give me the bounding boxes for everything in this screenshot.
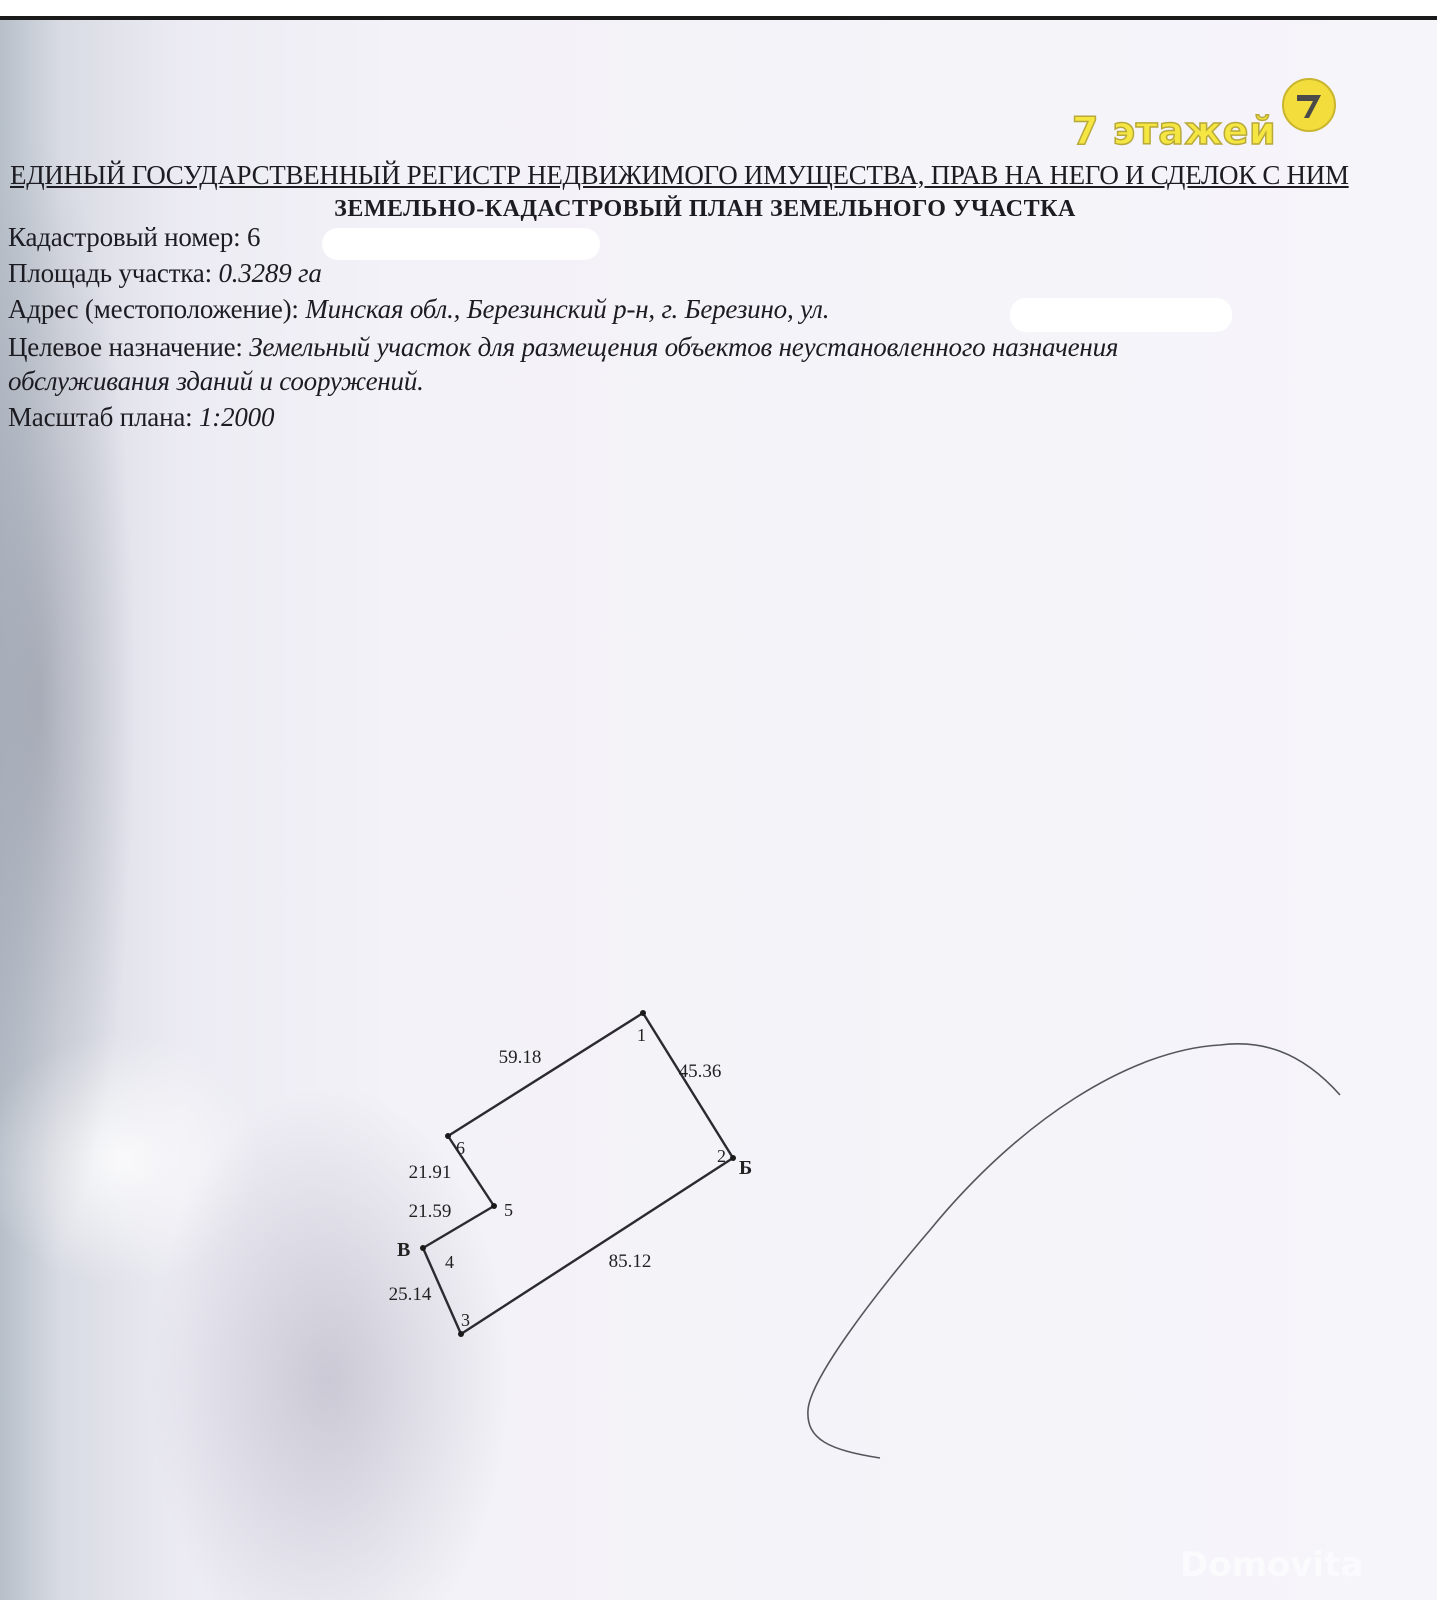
vertex-number-label: 2 xyxy=(717,1146,726,1166)
segment-length-label: 85.12 xyxy=(609,1251,652,1272)
vertex-number-label: 3 xyxy=(461,1310,470,1330)
plot-segment xyxy=(448,1013,643,1136)
segment-length-label: 59.18 xyxy=(499,1047,542,1068)
segment-length-label: 21.59 xyxy=(409,1201,452,1222)
segment-length-label: 25.14 xyxy=(389,1284,432,1305)
plot-segment xyxy=(448,1136,494,1206)
vertex-point xyxy=(458,1331,464,1337)
vertex-point xyxy=(445,1133,451,1139)
vertex-point xyxy=(420,1245,426,1251)
vertex-number-label: 4 xyxy=(445,1252,454,1272)
vertex-marker-label: Б xyxy=(739,1157,752,1179)
plot-segment xyxy=(461,1158,733,1334)
segment-length-label: 45.36 xyxy=(679,1061,722,1082)
vertex-point xyxy=(640,1010,646,1016)
vertex-point xyxy=(491,1203,497,1209)
vertex-marker-label: В xyxy=(397,1239,410,1261)
domovita-watermark: Domovita xyxy=(1180,1545,1363,1585)
segment-length-label: 21.91 xyxy=(409,1162,452,1183)
vertex-number-label: 1 xyxy=(637,1025,646,1045)
land-plot-plan: 59.1845.3685.1225.1421.5921.9112Б34В56 xyxy=(0,0,1437,1600)
vertex-number-label: 6 xyxy=(456,1138,465,1158)
plot-segment xyxy=(643,1013,733,1158)
plot-boundary: 59.1845.3685.1225.1421.5921.9112Б34В56 xyxy=(389,1010,753,1337)
hand-drawn-signature-curve xyxy=(808,1044,1340,1458)
vertex-point xyxy=(730,1155,736,1161)
vertex-number-label: 5 xyxy=(504,1200,513,1220)
